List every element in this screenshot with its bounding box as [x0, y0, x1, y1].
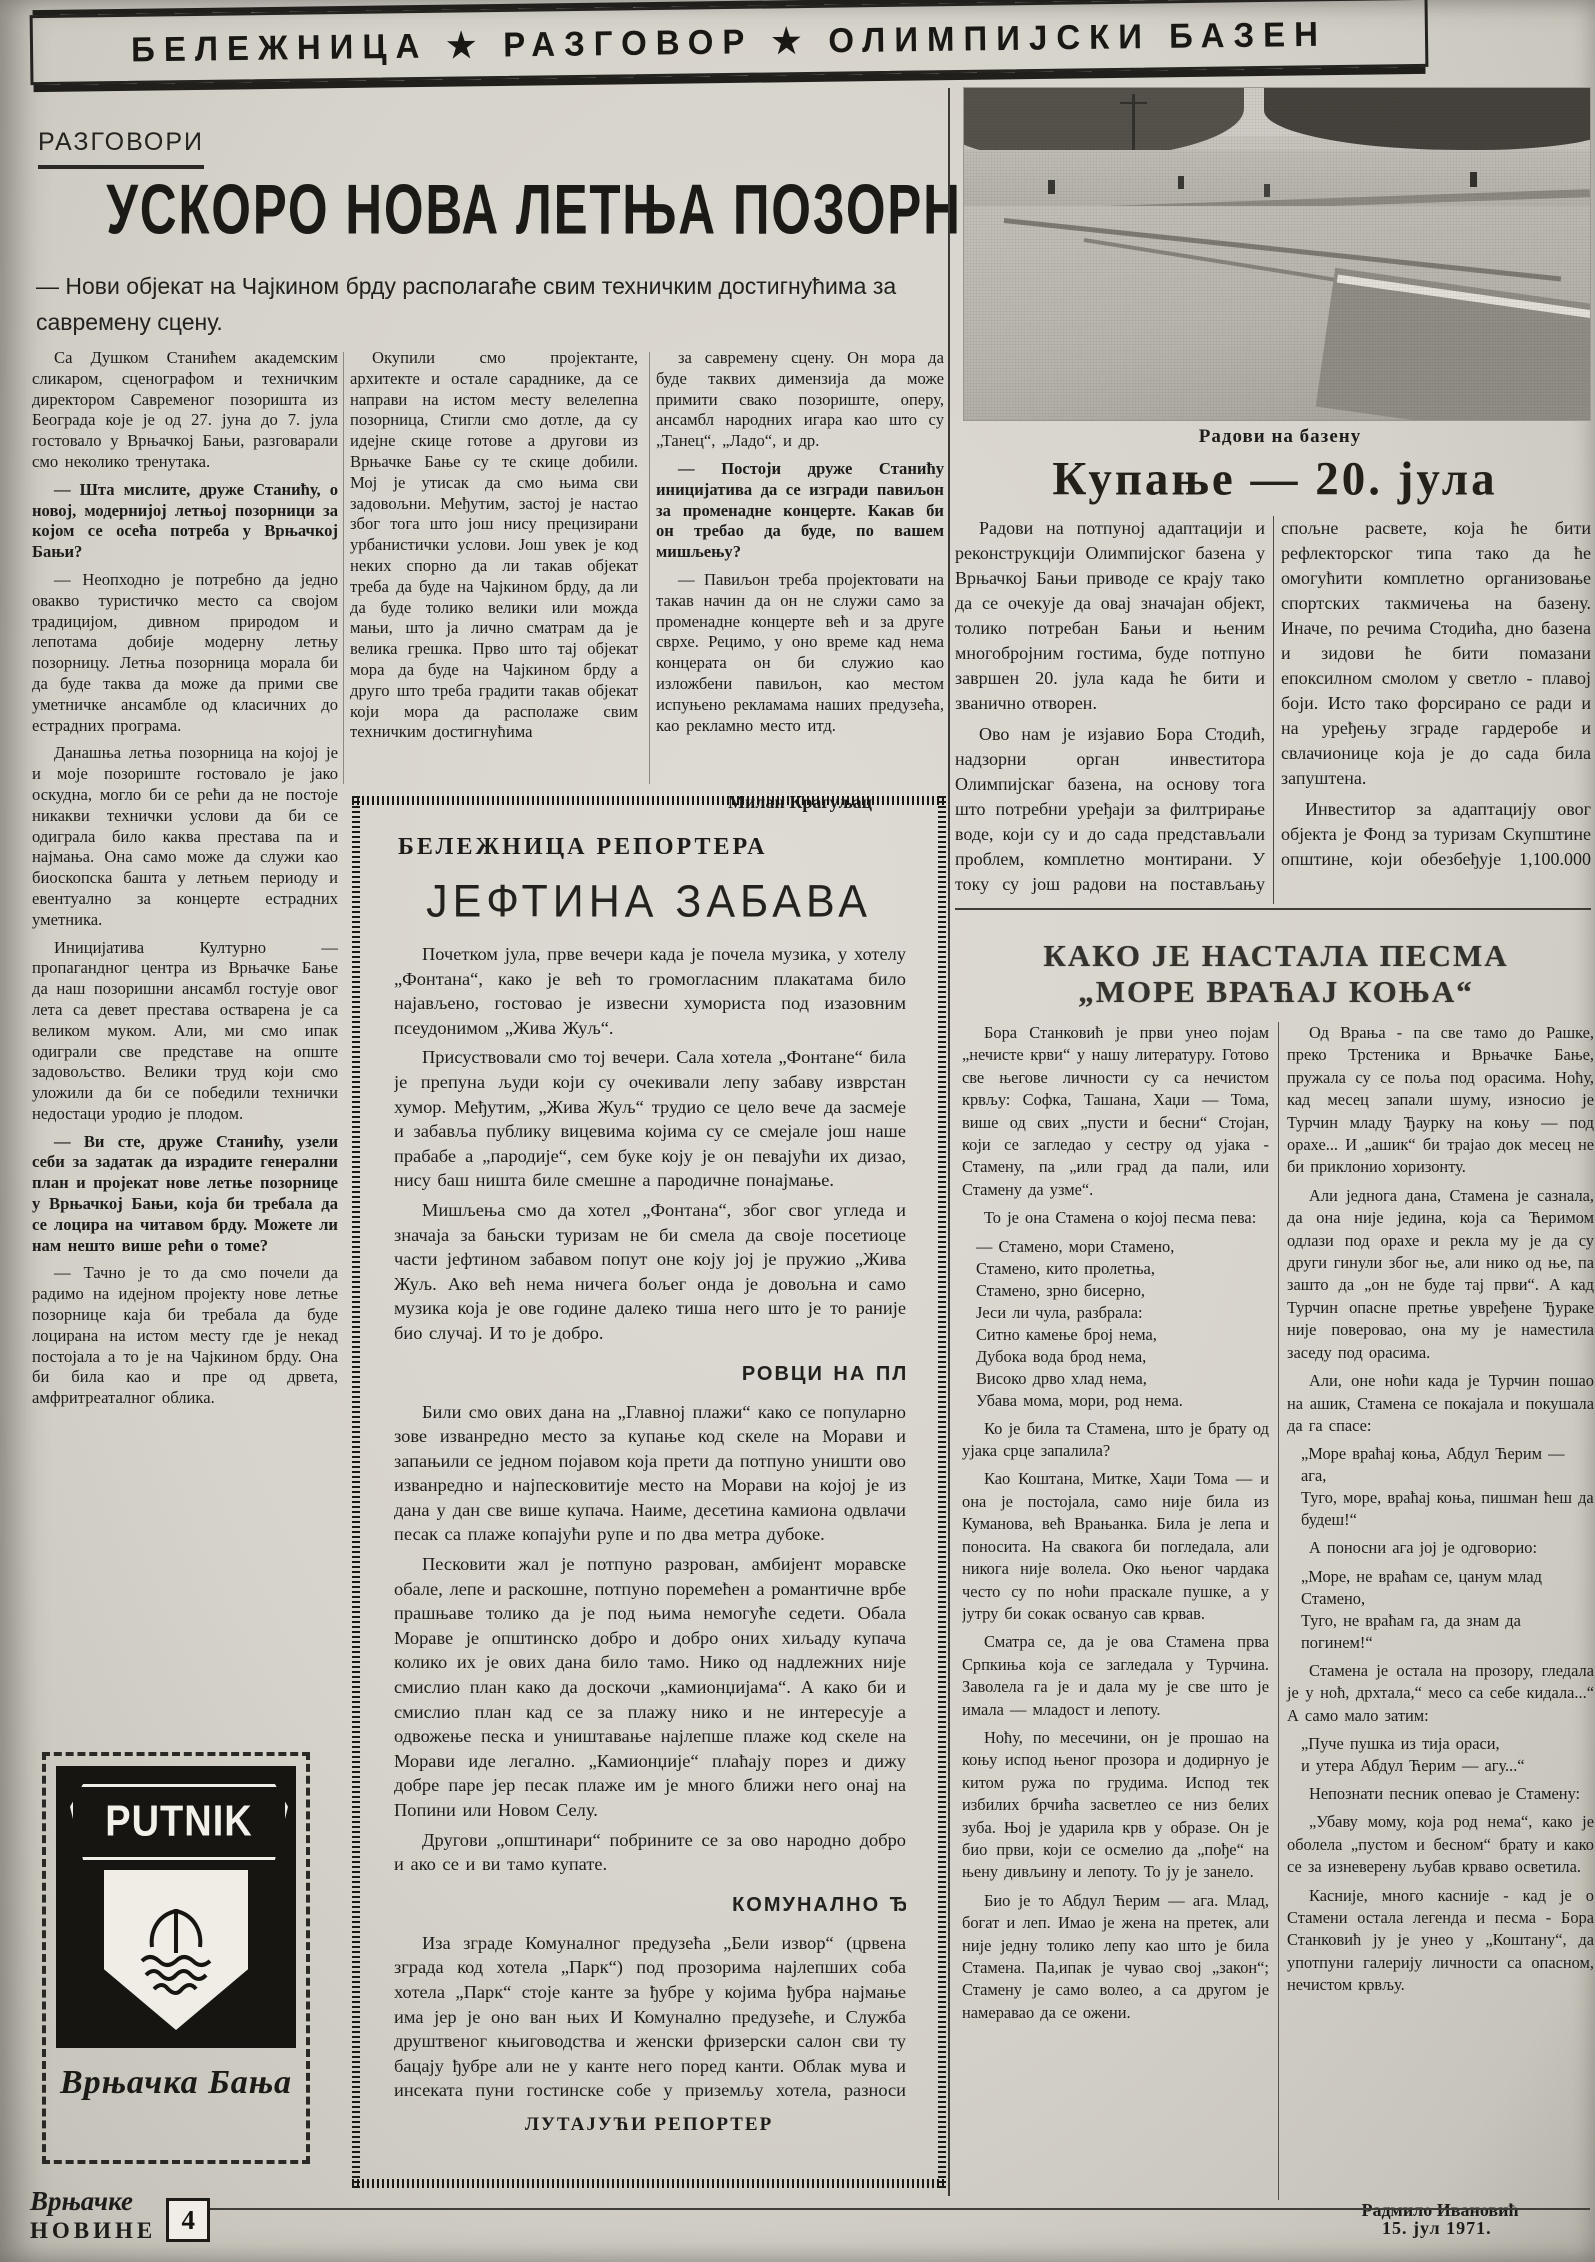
paragraph: Али, оне ноћи када је Турчин пошао на аш… [1287, 1370, 1594, 1437]
footer-rule [186, 2208, 1590, 2210]
paragraph: Али једнога дана, Стамена је сазнала, да… [1287, 1185, 1594, 1364]
paragraph: Касније, много касније - кад је о Стамен… [1287, 1885, 1594, 1997]
paragraph: Бора Станковић је први унео појам „нечис… [962, 1022, 1269, 1201]
paragraph: Иза зграде Комуналног предузећа „Бели из… [394, 1931, 906, 2102]
banner-text: БЕЛЕЖНИЦА ★ РАЗГОВОР ★ ОЛИМПИЈСКИ БАЗЕН [131, 13, 1327, 70]
photo-pool-construction [964, 88, 1590, 420]
paragraph: Присуствовали смо тој вечери. Сала хотел… [394, 1045, 906, 1193]
section-kicker: РАЗГОВОРИ [38, 128, 204, 169]
paragraph: Ноћу, по месечини, он је прошао на коњу … [962, 1727, 1269, 1884]
putnik-logo-block: PUTNIK [56, 1766, 296, 2048]
paragraph: — Павиљон треба пројектовати на такав на… [656, 570, 944, 736]
paragraph: Били смо ових дана на „Главној плажи“ ка… [394, 1400, 906, 1548]
paragraph: Са Душком Станићем академским сликаром, … [32, 348, 338, 473]
section-subhead: РОВЦИ НА ПЛАЖИ [394, 1356, 906, 1392]
box-border-bottom [352, 2179, 946, 2188]
paragraph: Од Врања - па све тамо до Рашке, преко Т… [1287, 1022, 1594, 1179]
reporters-notebook-box: БЕЛЕЖНИЦА РЕПОРТЕРА ЈЕФТИНА ЗАБАВА Почет… [352, 796, 946, 2188]
box-border-top [352, 796, 946, 805]
interview-column-2: Окупили смо пројектанте, архитекте и ост… [350, 348, 638, 788]
song-headline: КАКО ЈЕ НАСТАЛА ПЕСМА „МОРЕ ВРАЋАЈ КОЊА“ [960, 938, 1592, 1010]
paragraph: — Стамено, мори Стамено, Стамено, кито п… [962, 1236, 1269, 1412]
putnik-pennant: PUTNIK [70, 1784, 288, 1860]
pool-headline: Купање — 20. јула [960, 451, 1590, 506]
newspaper-page: БЕЛЕЖНИЦА ★ РАЗГОВОР ★ ОЛИМПИЈСКИ БАЗЕН … [0, 0, 1595, 2262]
interview-subhead: — Нови објекат на Чајкином брду располаг… [36, 268, 951, 340]
paragraph: Ко је била та Стамена, што је брату од у… [962, 1418, 1269, 1463]
paragraph: за савремену сцену. Он мора да буде такв… [656, 348, 944, 452]
interview-column-1: Са Душком Станићем академским сликаром, … [32, 348, 338, 1698]
paragraph: Окупили смо пројектанте, архитекте и ост… [350, 348, 638, 743]
notebook-header: БЕЛЕЖНИЦА РЕПОРТЕРА [398, 834, 767, 861]
putnik-shield-emblem [104, 1870, 248, 2030]
paragraph: — Тачно је то да смо почели да радимо на… [32, 1263, 338, 1409]
section-subhead: КОМУНАЛНО ЂУБРЕ [394, 1887, 906, 1923]
putnik-city: Врњачка Бања [56, 2064, 296, 2102]
page-number: 4 [166, 2198, 210, 2242]
box-border-right [938, 796, 946, 2188]
page-divider [948, 88, 950, 2196]
notebook-signature: ЛУТАЈУЋИ РЕПОРТЕР [352, 2114, 946, 2136]
paragraph: Био је то Абдул Ћерим — ага. Млад, богат… [962, 1890, 1269, 2024]
paragraph: — Шта мислите, друже Станићу, о новој, м… [32, 480, 338, 563]
paragraph: — Неопходно је потребно да једно овакво … [32, 570, 338, 736]
paragraph: А поносни ага јој је одговорио: [1287, 1537, 1594, 1559]
paragraph: Сматра се, да је ова Стамена прва Српкињ… [962, 1631, 1269, 1721]
notebook-body: Почетком јула, прве вечери када је почел… [394, 942, 906, 2102]
putnik-ad: PUTNIK Врњачка Бања [42, 1752, 310, 2164]
fountain-icon [128, 1895, 224, 2005]
paragraph: Стамена је остала на прозору, гледала је… [1287, 1660, 1594, 1727]
putnik-brand: PUTNIK [105, 1797, 252, 1846]
paragraph: Мишљења смо да хотел „Фонтана“, због сво… [394, 1198, 906, 1346]
paragraph: — Постоји друже Станићу иницијатива да с… [656, 459, 944, 563]
paragraph: „Убаву мому, која род нема“, како је обо… [1287, 1811, 1594, 1878]
notebook-title: ЈЕФТИНА ЗАБАВА [352, 877, 946, 928]
paragraph: Као Коштана, Митке, Хаџи Тома — и она је… [962, 1468, 1269, 1625]
song-article: Бора Станковић је први унео појам „нечис… [962, 1022, 1594, 2200]
horizontal-rule [955, 908, 1591, 910]
interview-column-3: за савремену сцену. Он мора да буде такв… [656, 348, 944, 800]
page-banner: БЕЛЕЖНИЦА ★ РАЗГОВОР ★ ОЛИМПИЈСКИ БАЗЕН [30, 0, 1429, 85]
paragraph: Непознати песник опевао је Стамену: [1287, 1783, 1594, 1805]
paragraph: „Море, не враћам се, цанум млад Стамено,… [1287, 1566, 1594, 1654]
paragraph: Радови на потпуној адаптацији и реконстр… [955, 516, 1265, 716]
pool-article: Радови на потпуној адаптацији и реконстр… [955, 516, 1591, 904]
interview-headline: УСКОРО НОВА ЛЕТЊА ПОЗОРНИЦА [40, 176, 940, 243]
photo-grain [964, 88, 1590, 420]
paragraph: Почетком јула, прве вечери када је почел… [394, 942, 906, 1040]
paragraph: „Море враћај коња, Абдул Ћерим — ага, Ту… [1287, 1443, 1594, 1531]
column-rule [649, 352, 650, 784]
paragraph: Другови „општинари“ побрините се за ово … [394, 1828, 906, 1877]
photo-caption: Радови на базену [1060, 426, 1500, 448]
paragraph: Песковити жал је потпуно разрован, амбиј… [394, 1552, 906, 1823]
footer-masthead: Врњачке НОВИНЕ 4 [30, 2188, 210, 2242]
paper-name: Врњачке НОВИНЕ [30, 2188, 156, 2242]
paragraph: — Ви сте, друже Станићу, узели себи за з… [32, 1132, 338, 1257]
column-rule [343, 352, 344, 784]
paragraph: „Пуче пушка из тија ораси, и утера Абдул… [1287, 1733, 1594, 1777]
paragraph: Данашња летња позорница на којој је и мо… [32, 743, 338, 930]
issue-date: 15. јул 1971. [1382, 2218, 1492, 2239]
box-border-left [352, 796, 360, 2188]
paragraph: То је она Стамена о којој песма пева: [962, 1207, 1269, 1229]
paragraph: Иницијатива Културно — пропагандног цент… [32, 938, 338, 1125]
